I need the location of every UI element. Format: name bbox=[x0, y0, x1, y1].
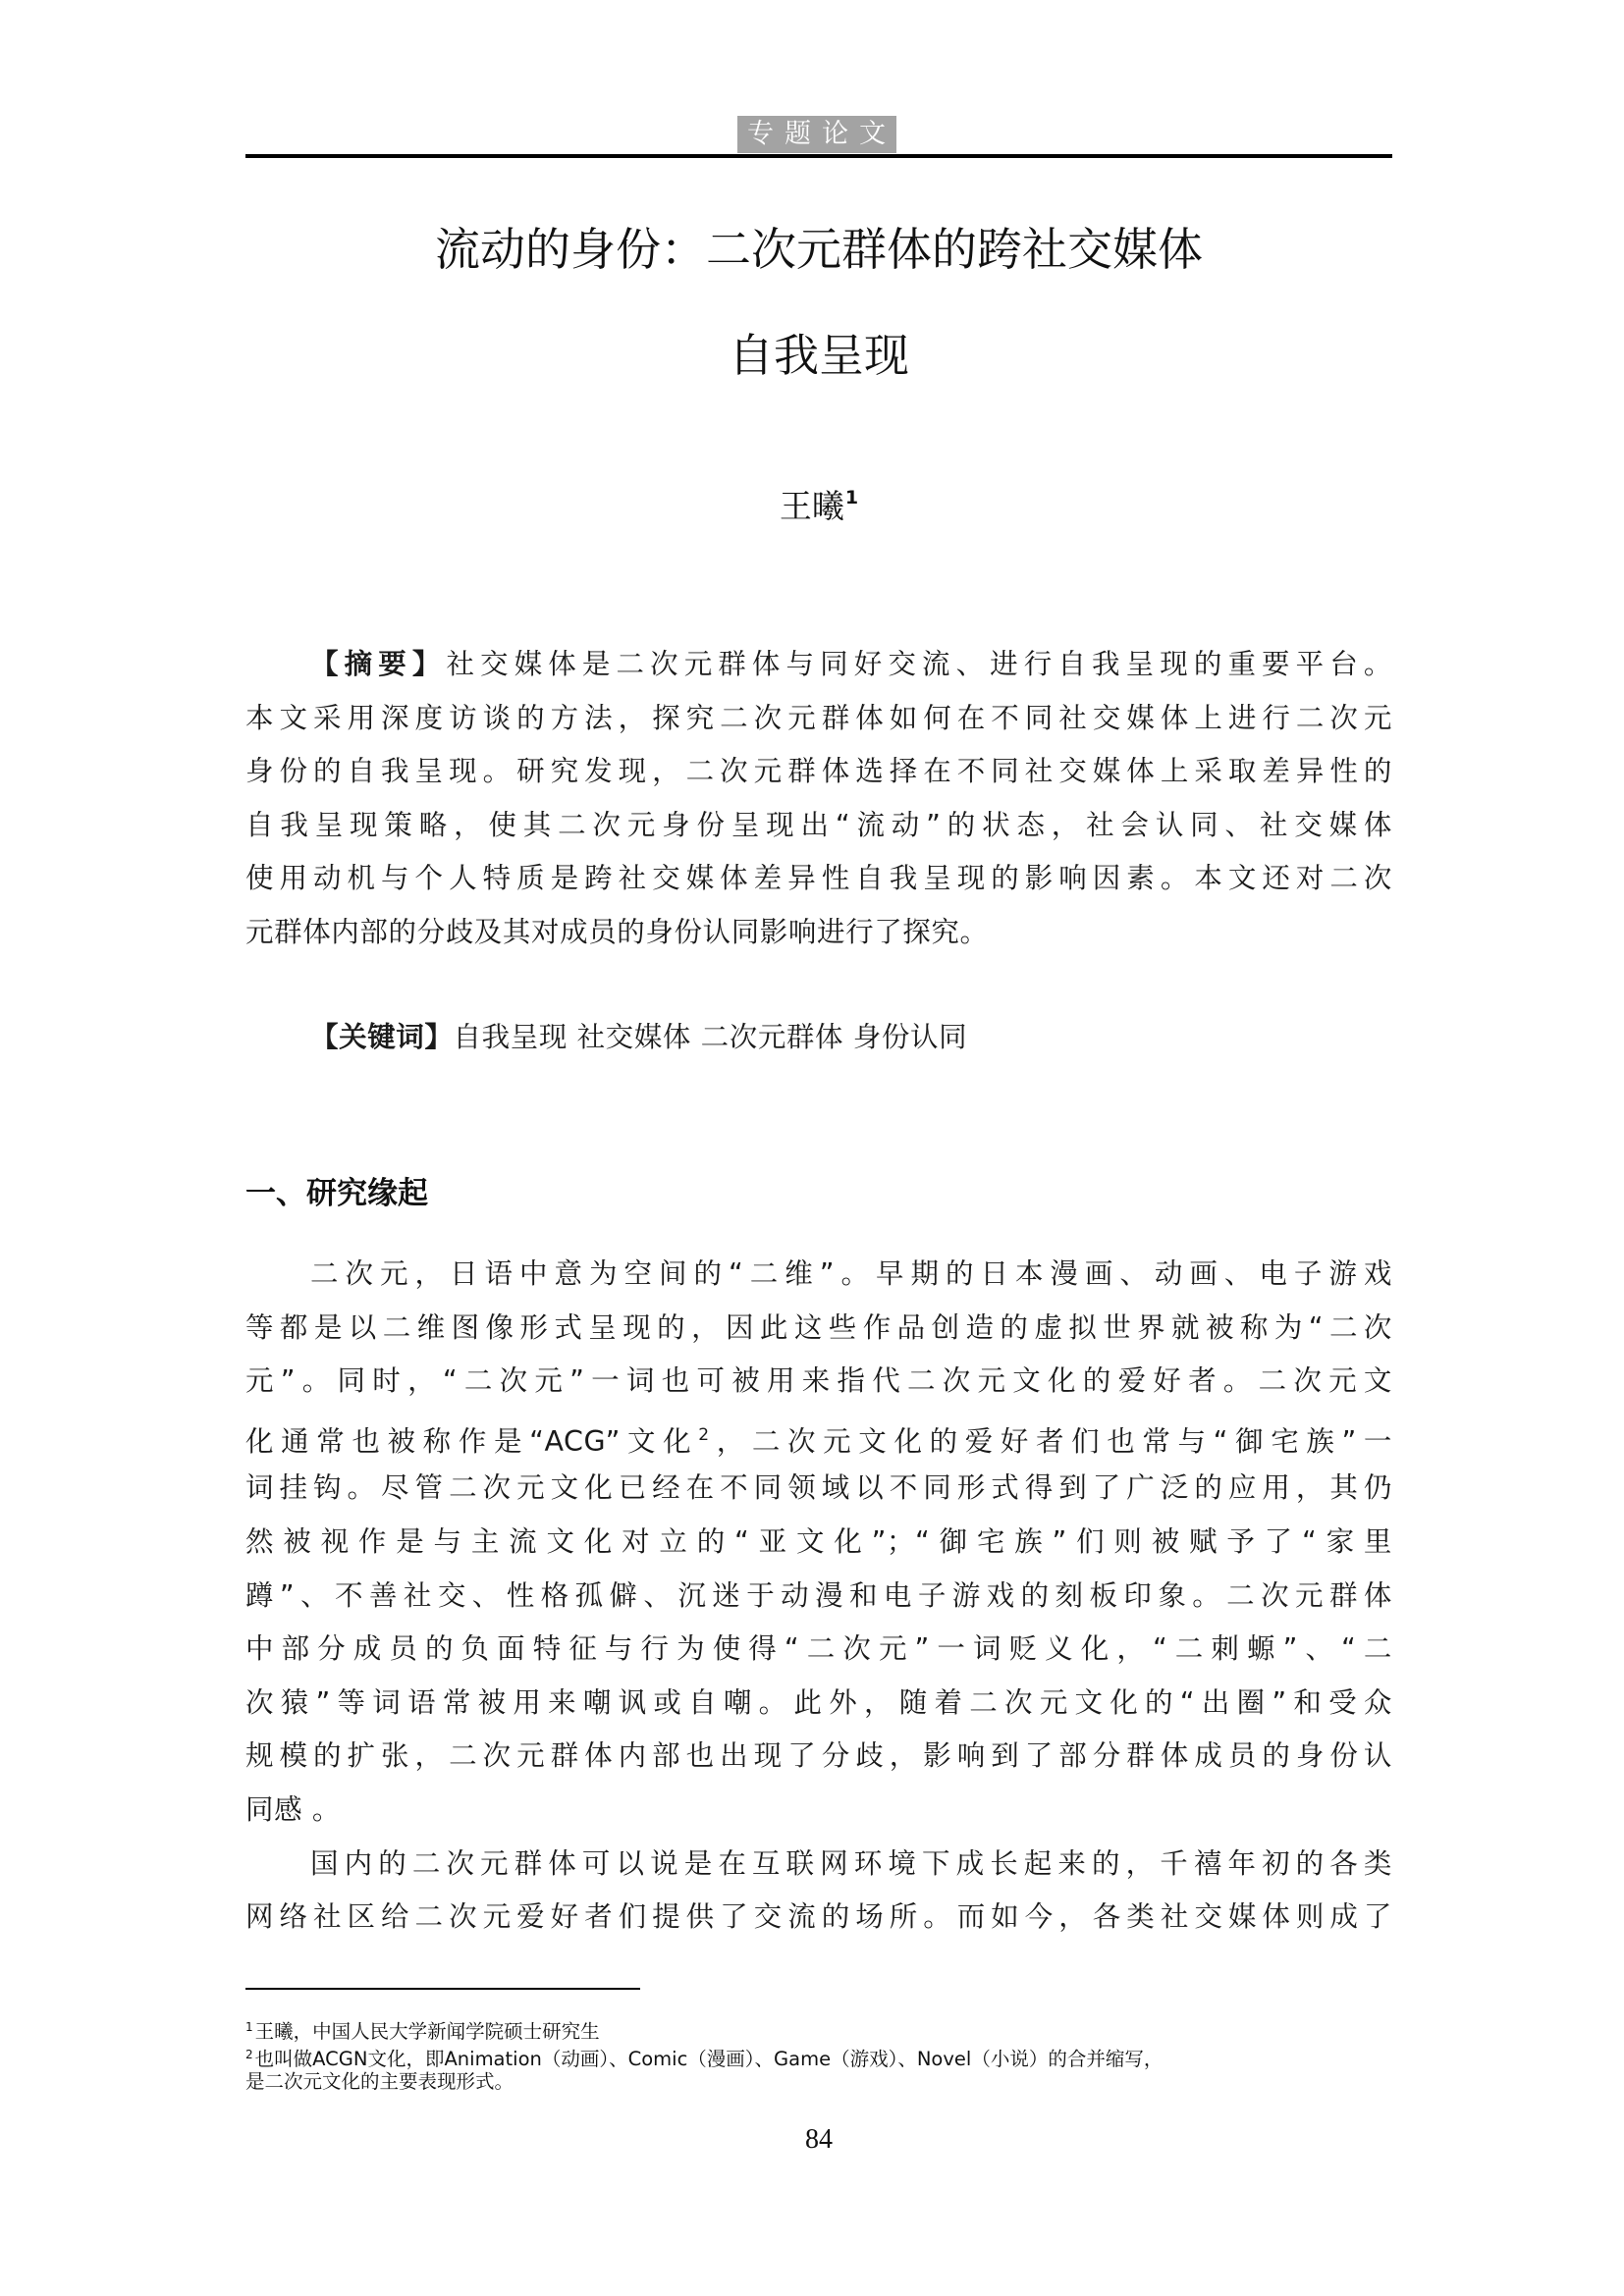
body-text-segment: 化通常也被称作是“ACG”文化 bbox=[245, 1425, 698, 1458]
body-line: 化通常也被称作是“ACG”文化2，二次元文化的爱好者们也常与“御宅族”一 bbox=[245, 1409, 1392, 1463]
keywords-line: 【关键词】自我呈现 社交媒体 二次元群体 身份认同 bbox=[245, 1011, 1392, 1065]
section-badge: 专题论文 bbox=[737, 116, 896, 153]
body-line: 国内的二次元群体可以说是在互联网环境下成长起来的，千禧年初的各类 bbox=[245, 1838, 1392, 1892]
author-name: 王曦 bbox=[780, 487, 844, 525]
keywords: 【关键词】自我呈现 社交媒体 二次元群体 身份认同 bbox=[245, 1011, 1392, 1065]
body-line: 规模的扩张，二次元群体内部也出现了分歧，影响到了部分群体成员的身份认 bbox=[245, 1730, 1392, 1784]
footnote-1-text: 王曦，中国人民大学新闻学院硕士研究生 bbox=[255, 2020, 600, 2043]
abstract-line: 【摘要】社交媒体是二次元群体与同好交流、进行自我呈现的重要平台。 bbox=[245, 638, 1392, 692]
abstract: 【摘要】社交媒体是二次元群体与同好交流、进行自我呈现的重要平台。 本文采用深度访… bbox=[245, 638, 1392, 960]
body-line: 二次元，日语中意为空间的“二维”。早期的日本漫画、动画、电子游戏 bbox=[245, 1248, 1392, 1302]
abstract-label: 【摘要】 bbox=[310, 648, 446, 680]
footnote-rule bbox=[245, 1988, 640, 1990]
section-heading: 一、研究缘起 bbox=[245, 1168, 428, 1212]
abstract-line: 元群体内部的分歧及其对成员的身份认同影响进行了探究。 bbox=[245, 906, 1392, 960]
footnote-1: 1王曦，中国人民大学新闻学院硕士研究生 bbox=[245, 2014, 1392, 2045]
abstract-line: 使用动机与个人特质是跨社交媒体差异性自我呈现的影响因素。本文还对二次 bbox=[245, 852, 1392, 906]
keywords-label: 【关键词】 bbox=[310, 1021, 454, 1053]
body-line: 元”。同时，“二次元”一词也可被用来指代二次元文化的爱好者。二次元文 bbox=[245, 1355, 1392, 1409]
footnote-2-continuation: 是二次元文化的主要表现形式。 bbox=[245, 2068, 1392, 2095]
abstract-line: 身份的自我呈现。研究发现，二次元群体选择在不同社交媒体上采取差异性的 bbox=[245, 745, 1392, 799]
body-text-segment: ，二次元文化的爱好者们也常与“御宅族”一 bbox=[710, 1425, 1392, 1458]
body-line: 等都是以二维图像形式呈现的，因此这些作品创造的虚拟世界就被称为“二次 bbox=[245, 1302, 1392, 1356]
body-text: 二次元，日语中意为空间的“二维”。早期的日本漫画、动画、电子游戏 等都是以二维图… bbox=[245, 1248, 1392, 1945]
body-line: 同感 。 bbox=[245, 1784, 1392, 1838]
keywords-text: 自我呈现 社交媒体 二次元群体 身份认同 bbox=[454, 1021, 968, 1053]
body-line: 蹲”、不善社交、性格孤僻、沉迷于动漫和电子游戏的刻板印象。二次元群体 bbox=[245, 1570, 1392, 1624]
paper-title-line-1: 流动的身份：二次元群体的跨社交媒体 bbox=[245, 214, 1392, 279]
footnote-mark-2[interactable]: 2 bbox=[698, 1425, 709, 1445]
author-footnote-mark[interactable]: 1 bbox=[845, 487, 858, 508]
footnote-2-mark: 2 bbox=[245, 2048, 253, 2061]
body-line: 网络社区给二次元爱好者们提供了交流的场所。而如今，各类社交媒体则成了 bbox=[245, 1891, 1392, 1945]
author: 王曦1 bbox=[245, 481, 1392, 527]
body-line: 然被视作是与主流文化对立的“亚文化”；“御宅族”们则被赋予了“家里 bbox=[245, 1516, 1392, 1570]
abstract-line: 本文采用深度访谈的方法，探究二次元群体如何在不同社交媒体上进行二次元 bbox=[245, 692, 1392, 746]
abstract-line: 自我呈现策略，使其二次元身份呈现出“流动”的状态，社会认同、社交媒体 bbox=[245, 799, 1392, 853]
footnote-1-mark: 1 bbox=[245, 2020, 253, 2034]
abstract-text: 社交媒体是二次元群体与同好交流、进行自我呈现的重要平台。 bbox=[446, 648, 1392, 680]
header-rule bbox=[245, 154, 1392, 158]
page-number: 84 bbox=[245, 2124, 1392, 2156]
body-line: 次猿”等词语常被用来嘲讽或自嘲。此外，随着二次元文化的“出圈”和受众 bbox=[245, 1677, 1392, 1731]
body-line: 词挂钩。尽管二次元文化已经在不同领域以不同形式得到了广泛的应用，其仍 bbox=[245, 1462, 1392, 1516]
body-line: 中部分成员的负面特征与行为使得“二次元”一词贬义化，“二刺螈”、“二 bbox=[245, 1623, 1392, 1677]
footnote-2-text: 也叫做ACGN文化，即Animation（动画）、Comic（漫画）、Game（… bbox=[255, 2048, 1164, 2070]
paper-title-line-2: 自我呈现 bbox=[245, 320, 1392, 385]
